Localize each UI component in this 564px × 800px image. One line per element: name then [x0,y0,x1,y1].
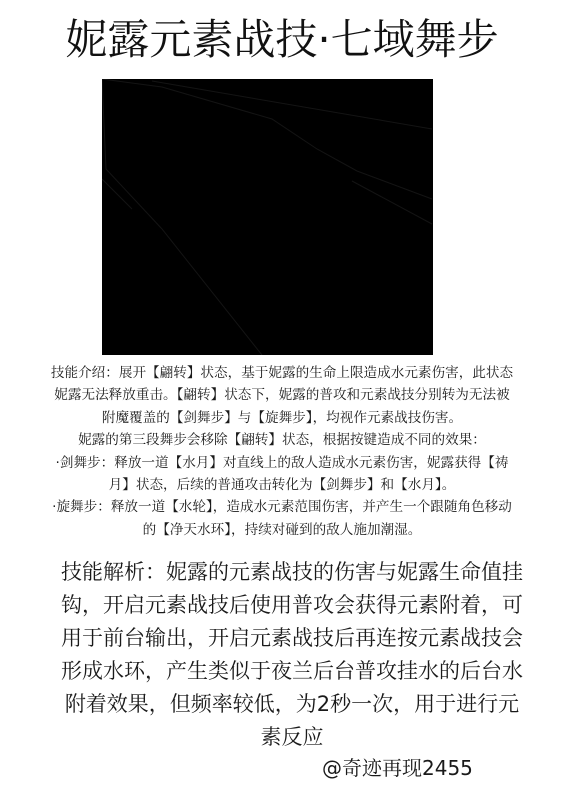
analysis-line: 素反应 [20,721,564,754]
intro-line: 技能介绍：展开【翩转】状态，基于妮露的生命上限造成水元素伤害，此状态 [0,362,564,384]
intro-line: ·旋舞步：释放一道【水轮】，造成水元素范围伤害，并产生一个跟随角色移动 [0,496,564,518]
intro-line: 的【净天水环】，持续对碰到的敌人施加潮湿。 [0,519,564,541]
intro-line: 附魔覆盖的【剑舞步】与【旋舞步】，均视作元素战技伤害。 [0,407,564,429]
intro-line: 月】状态，后续的普通攻击转化为【剑舞步】和【水月】。 [0,474,564,496]
skill-analysis-text: 技能解析：妮露的元素战技的伤害与妮露生命值挂 钩，开启元素战技后使用普攻会获得元… [20,556,564,754]
author-watermark: @奇迹再现2455 [322,754,473,782]
intro-line: 妮露无法释放重击。【翩转】状态下，妮露的普攻和元素战技分别转为无法被 [0,384,564,406]
page-title: 妮露元素战技·七域舞步 [0,12,564,68]
intro-line: ·剑舞步：释放一道【水月】对直线上的敌人造成水元素伤害，妮露获得【祷 [0,452,564,474]
skill-intro-text: 技能介绍：展开【翩转】状态，基于妮露的生命上限造成水元素伤害，此状态 妮露无法释… [0,362,564,541]
intro-line: 妮露的第三段舞步会移除【翩转】状态，根据按键造成不同的效果： [0,429,564,451]
preview-line-art [102,79,433,355]
analysis-line: 形成水环，产生类似于夜兰后台普攻挂水的后台水 [20,655,564,688]
analysis-line: 用于前台输出，开启元素战技后再连按元素战技会 [20,622,564,655]
skill-preview-image [102,79,433,355]
analysis-line: 技能解析：妮露的元素战技的伤害与妮露生命值挂 [20,556,564,589]
analysis-line: 钩，开启元素战技后使用普攻会获得元素附着，可 [20,589,564,622]
analysis-line: 附着效果，但频率较低，为2秒一次，用于进行元 [20,688,564,721]
